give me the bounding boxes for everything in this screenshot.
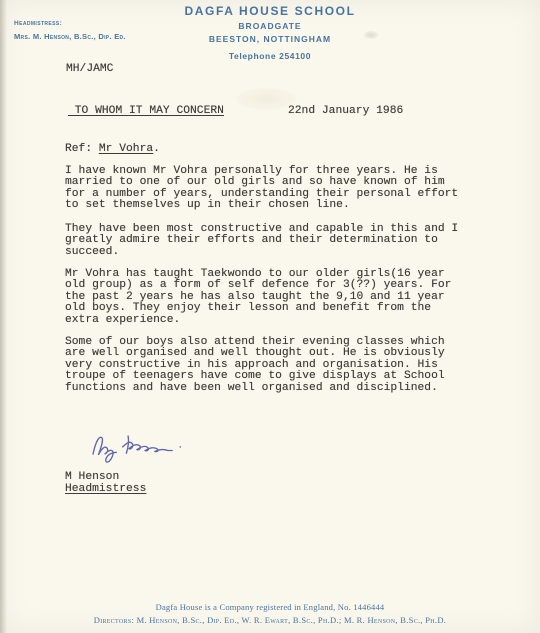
headmistress-label: Headmistress: bbox=[14, 20, 126, 27]
ref-label: Ref: bbox=[65, 143, 99, 155]
ref-suffix: . bbox=[153, 143, 160, 155]
letterhead-headmistress-block: Headmistress: Mrs. M. Henson, B.Sc., Dip… bbox=[14, 20, 126, 41]
scan-edge-shadow bbox=[0, 0, 7, 633]
school-address-line2: BEESTON, NOTTINGHAM bbox=[140, 34, 400, 44]
letter-scan-page: Headmistress: Mrs. M. Henson, B.Sc., Dip… bbox=[0, 0, 540, 633]
paragraph-1: I have known Mr Vohra personally for thr… bbox=[65, 166, 458, 212]
letter-heading: TO WHOM IT MAY CONCERN bbox=[68, 106, 224, 117]
signature-image bbox=[88, 428, 188, 464]
letter-date: 22nd January 1986 bbox=[288, 106, 403, 117]
school-telephone: Telephone 254100 bbox=[140, 51, 400, 61]
reference-code: MH/JAMC bbox=[66, 64, 113, 75]
headmistress-name: Mrs. M. Henson, B.Sc., Dip. Ed. bbox=[14, 32, 126, 41]
scan-smudge bbox=[236, 88, 296, 110]
paragraph-4: Some of our boys also attend their eveni… bbox=[65, 337, 445, 394]
ref-line: Ref: Mr Vohra. bbox=[65, 144, 160, 155]
letterhead-school-block: DAGFA HOUSE SCHOOL BROADGATE BEESTON, NO… bbox=[140, 4, 400, 61]
paragraph-2: They have been most constructive and cap… bbox=[65, 224, 458, 258]
school-name: DAGFA HOUSE SCHOOL bbox=[140, 4, 400, 18]
ref-name: Mr Vohra bbox=[99, 143, 153, 155]
signoff-title: Headmistress bbox=[65, 484, 146, 495]
signoff-name: M Henson bbox=[65, 472, 119, 483]
footer-company-registration: Dagfa House is a Company registered in E… bbox=[0, 602, 540, 612]
school-address-line1: BROADGATE bbox=[140, 21, 400, 31]
signoff-title-text: Headmistress bbox=[65, 483, 146, 495]
heading-title: TO WHOM IT MAY CONCERN bbox=[68, 105, 224, 117]
footer-directors: Directors: M. Henson, B.Sc., Dip. Ed., W… bbox=[0, 615, 540, 625]
paragraph-3: Mr Vohra has taught Taekwondo to our old… bbox=[65, 269, 451, 326]
letterhead-footer: Dagfa House is a Company registered in E… bbox=[0, 602, 540, 625]
